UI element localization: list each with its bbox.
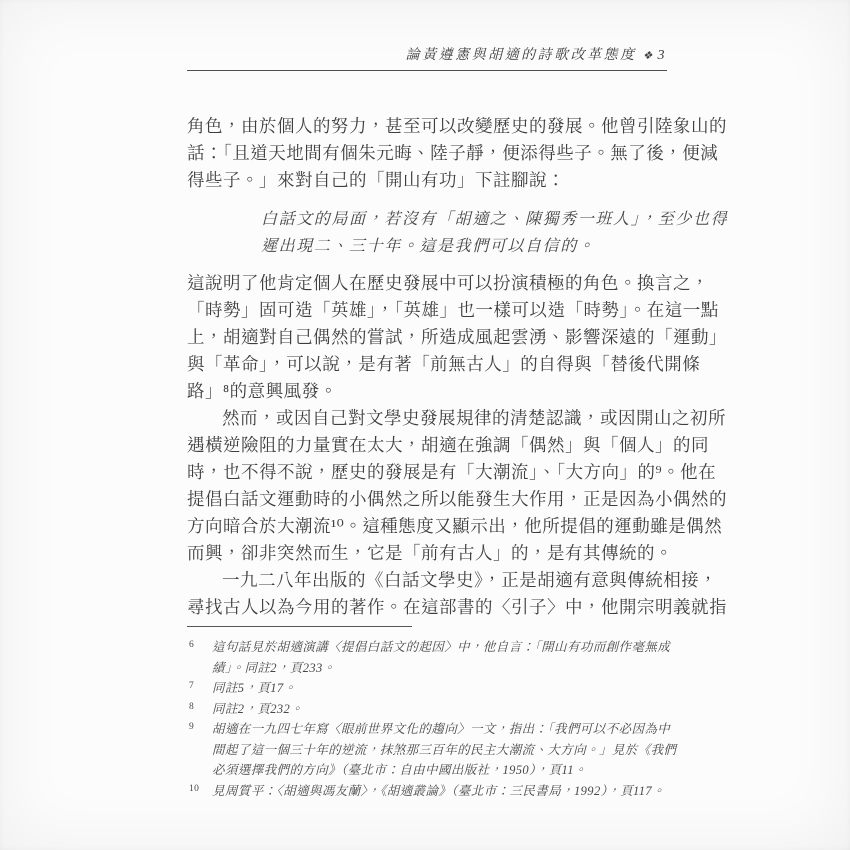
footnote-text: 胡適在一九四七年寫〈眼前世界文化的趨向〉一文，指出：「我們可以不必因為中間起了這… [212, 719, 675, 781]
footnote-marker: 10 [189, 779, 199, 800]
book-page: 論黃遵憲與胡適的詩歌改革態度❖3 角色，由於個人的努力，甚至可以改變歷史的發展。… [0, 0, 850, 850]
footnote-text: 見周質平：〈胡適與馮友蘭〉，《胡適叢論》（臺北市：三民書局，1992），頁117… [212, 781, 675, 802]
text-line: 然而，或因自己對文學史發展規律的清楚認識，或因開山之初所 [187, 405, 673, 432]
text-line: 白話文的局面，若沒有「胡適之、陳獨秀一班人」，至少也得 [261, 206, 673, 233]
text-line: 尋找古人以為今用的著作。在這部書的〈引子〉中，他開宗明義就指 [187, 594, 673, 621]
text-line: 與「革命」，可以說，是有著「前無古人」的自得與「替後代開條 [187, 351, 673, 378]
footnote-line: 這句話見於胡適演講〈提倡白話文的起因〉中，他自言：「開山有功而創作毫無成 [212, 637, 675, 658]
text-line: 路」⁸的意興風發。 [187, 378, 673, 405]
footnote-list: 6這句話見於胡適演講〈提倡白話文的起因〉中，他自言：「開山有功而創作毫無成績」。… [187, 637, 675, 801]
text-line: 遇橫逆險阻的力量實在太大，胡適在強調「偶然」與「個人」的同 [187, 432, 673, 459]
footnote-text: 同註2，頁232。 [212, 699, 675, 720]
text-line: 方向暗合於大潮流¹⁰。這種態度又顯示出，他所提倡的運動雖是偶然 [187, 513, 673, 540]
footnote-line: 同註5，頁17。 [212, 678, 675, 699]
footnote-line: 見周質平：〈胡適與馮友蘭〉，《胡適叢論》（臺北市：三民書局，1992），頁117… [212, 781, 675, 802]
footnote-line: 績」。同註2，頁233。 [212, 658, 675, 679]
footnote-rule [187, 626, 412, 627]
text-line: 得些子。」來對自己的「開山有功」下註腳說： [187, 167, 673, 194]
block-quote: 白話文的局面，若沒有「胡適之、陳獨秀一班人」，至少也得遲出現二、三十年。這是我們… [261, 206, 673, 260]
footnote-section: 6這句話見於胡適演講〈提倡白話文的起因〉中，他自言：「開山有功而創作毫無成績」。… [187, 626, 675, 801]
text-line: 這說明了他肯定個人在歷史發展中可以扮演積極的角色。換言之， [187, 270, 673, 297]
text-line: 時，也不得不說，歷史的發展是有「大潮流」、「大方向」的⁹。他在 [187, 459, 673, 486]
text-line: 而興，卻非突然而生，它是「前有古人」的，是有其傳統的。 [187, 540, 673, 567]
paragraph: 一九二八年出版的《白話文學史》，正是胡適有意與傳統相接，尋找古人以為今用的著作。… [187, 567, 673, 621]
text-line: 一九二八年出版的《白話文學史》，正是胡適有意與傳統相接， [187, 567, 673, 594]
footnote-item: 10見周質平：〈胡適與馮友蘭〉，《胡適叢論》（臺北市：三民書局，1992），頁1… [187, 781, 675, 802]
page-number: 3 [658, 48, 668, 63]
footnote-item: 8同註2，頁232。 [187, 699, 675, 720]
header-rule [187, 70, 667, 71]
running-title: 論黃遵憲與胡適的詩歌改革態度 [406, 48, 637, 63]
running-header: 論黃遵憲與胡適的詩歌改革態度❖3 [187, 44, 667, 71]
footnote-item: 7同註5，頁17。 [187, 678, 675, 699]
text-line: 話：「且道天地間有個朱元晦、陸子靜，便添得些子。無了後，便減 [187, 140, 673, 167]
footnote-text: 同註5，頁17。 [212, 678, 675, 699]
footnote-marker: 6 [189, 635, 194, 656]
paragraph: 然而，或因自己對文學史發展規律的清楚認識，或因開山之初所遇橫逆險阻的力量實在太大… [187, 405, 673, 567]
footnote-marker: 8 [189, 697, 194, 718]
footnote-marker: 9 [189, 717, 194, 738]
text-line: 提倡白話文運動時的小偶然之所以能發生大作用，正是因為小偶然的 [187, 486, 673, 513]
text-line: 上，胡適對自己偶然的嘗試，所造成風起雲湧、影響深遠的「運動」 [187, 324, 673, 351]
paragraph: 這說明了他肯定個人在歷史發展中可以扮演積極的角色。換言之，「時勢」固可造「英雄」… [187, 270, 673, 405]
paragraph: 角色，由於個人的努力，甚至可以改變歷史的發展。他曾引陸象山的話：「且道天地間有個… [187, 113, 673, 194]
footnote-text: 這句話見於胡適演講〈提倡白話文的起因〉中，他自言：「開山有功而創作毫無成績」。同… [212, 637, 675, 678]
footnote-line: 間起了這一個三十年的逆流，抹煞那三百年的民主大潮流、大方向。」見於《我們 [212, 740, 675, 761]
footnote-item: 9胡適在一九四七年寫〈眼前世界文化的趨向〉一文，指出：「我們可以不必因為中間起了… [187, 719, 675, 781]
footnote-line: 同註2，頁232。 [212, 699, 675, 720]
footnote-marker: 7 [189, 676, 194, 697]
text-line: 角色，由於個人的努力，甚至可以改變歷史的發展。他曾引陸象山的 [187, 113, 673, 140]
text-line: 遲出現二、三十年。這是我們可以自信的。 [261, 233, 673, 260]
footnote-item: 6這句話見於胡適演講〈提倡白話文的起因〉中，他自言：「開山有功而創作毫無成績」。… [187, 637, 675, 678]
footnote-line: 必須選擇我們的方向》（臺北市：自由中國出版社，1950），頁11。 [212, 760, 675, 781]
footnote-line: 胡適在一九四七年寫〈眼前世界文化的趨向〉一文，指出：「我們可以不必因為中 [212, 719, 675, 740]
body-text: 角色，由於個人的努力，甚至可以改變歷史的發展。他曾引陸象山的話：「且道天地間有個… [187, 113, 673, 621]
ornament-diamond-icon: ❖ [643, 50, 654, 62]
text-line: 「時勢」固可造「英雄」，「英雄」也一樣可以造「時勢」。在這一點 [187, 297, 673, 324]
